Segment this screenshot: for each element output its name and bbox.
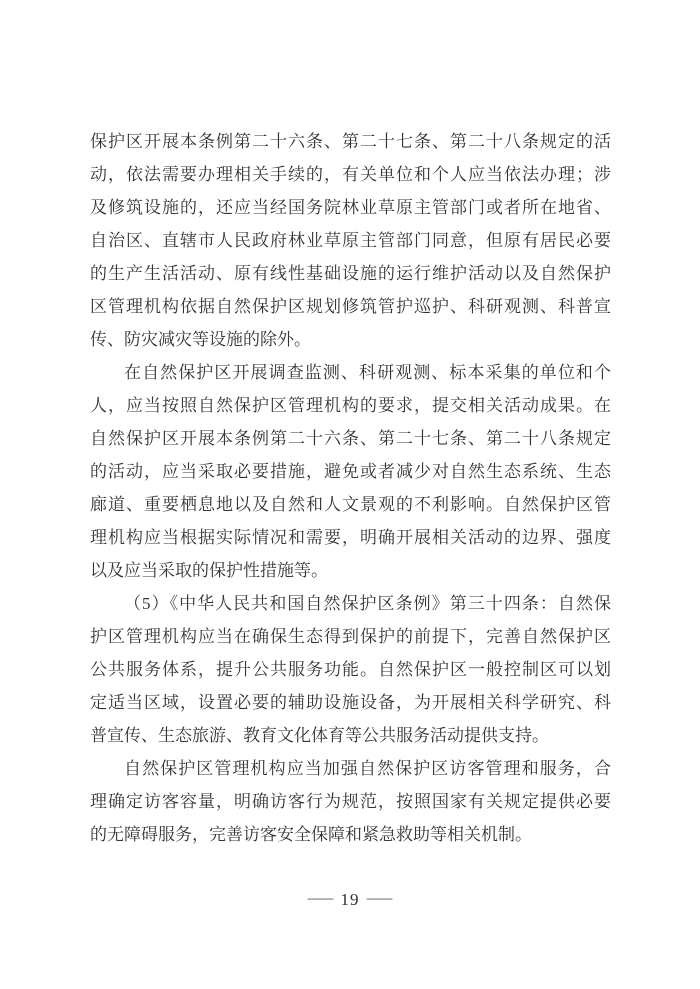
text-line: 的无障碍服务，完善访客安全保障和紧急救助等相关机制。 (90, 818, 611, 851)
text-line: 自然保护区管理机构应当加强自然保护区访客管理和服务，合 (90, 752, 611, 785)
text-line: 定适当区域，设置必要的辅助设施设备，为开展相关科学研究、科 (90, 686, 611, 719)
text-line: 动，依法需要办理相关手续的，有关单位和个人应当依法办理；涉 (90, 158, 611, 191)
text-line: 区管理机构依据自然保护区规划修筑管护巡护、科研观测、科普宣 (90, 290, 611, 323)
text-line: 传、防灾减灾等设施的除外。 (90, 323, 611, 356)
footer-right-dash: — (367, 886, 393, 910)
text-line: 理确定访客容量，明确访客行为规范，按照国家有关规定提供必要 (90, 785, 611, 818)
document-text-block: 保护区开展本条例第二十六条、第二十七条、第二十八条规定的活动，依法需要办理相关手… (90, 125, 611, 851)
text-line: 自治区、直辖市人民政府林业草原主管部门同意，但原有居民必要 (90, 224, 611, 257)
text-line: （5）《中华人民共和国自然保护区条例》第三十四条：自然保 (90, 587, 611, 620)
text-line: 及修筑设施的，还应当经国务院林业草原主管部门或者所在地省、 (90, 191, 611, 224)
footer-left-dash: — (308, 886, 334, 910)
document-page: 保护区开展本条例第二十六条、第二十七条、第二十八条规定的活动，依法需要办理相关手… (0, 0, 700, 989)
text-line: 的生产生活活动、原有线性基础设施的运行维护活动以及自然保护 (90, 257, 611, 290)
text-line: 理机构应当根据实际情况和需要，明确开展相关活动的边界、强度 (90, 521, 611, 554)
text-line: 自然保护区开展本条例第二十六条、第二十七条、第二十八条规定 (90, 422, 611, 455)
text-line: 在自然保护区开展调查监测、科研观测、标本采集的单位和个 (90, 356, 611, 389)
text-line: 护区管理机构应当在确保生态得到保护的前提下，完善自然保护区 (90, 620, 611, 653)
text-line: 普宣传、生态旅游、教育文化体育等公共服务活动提供支持。 (90, 719, 611, 752)
text-line: 保护区开展本条例第二十六条、第二十七条、第二十八条规定的活 (90, 125, 611, 158)
text-line: 公共服务体系，提升公共服务功能。自然保护区一般控制区可以划 (90, 653, 611, 686)
text-line: 廊道、重要栖息地以及自然和人文景观的不利影响。自然保护区管 (90, 488, 611, 521)
page-number: 19 (341, 888, 360, 912)
page-footer: — 19 — (0, 888, 700, 912)
text-line: 以及应当采取的保护性措施等。 (90, 554, 611, 587)
text-line: 人，应当按照自然保护区管理机构的要求，提交相关活动成果。在 (90, 389, 611, 422)
text-line: 的活动，应当采取必要措施，避免或者减少对自然生态系统、生态 (90, 455, 611, 488)
